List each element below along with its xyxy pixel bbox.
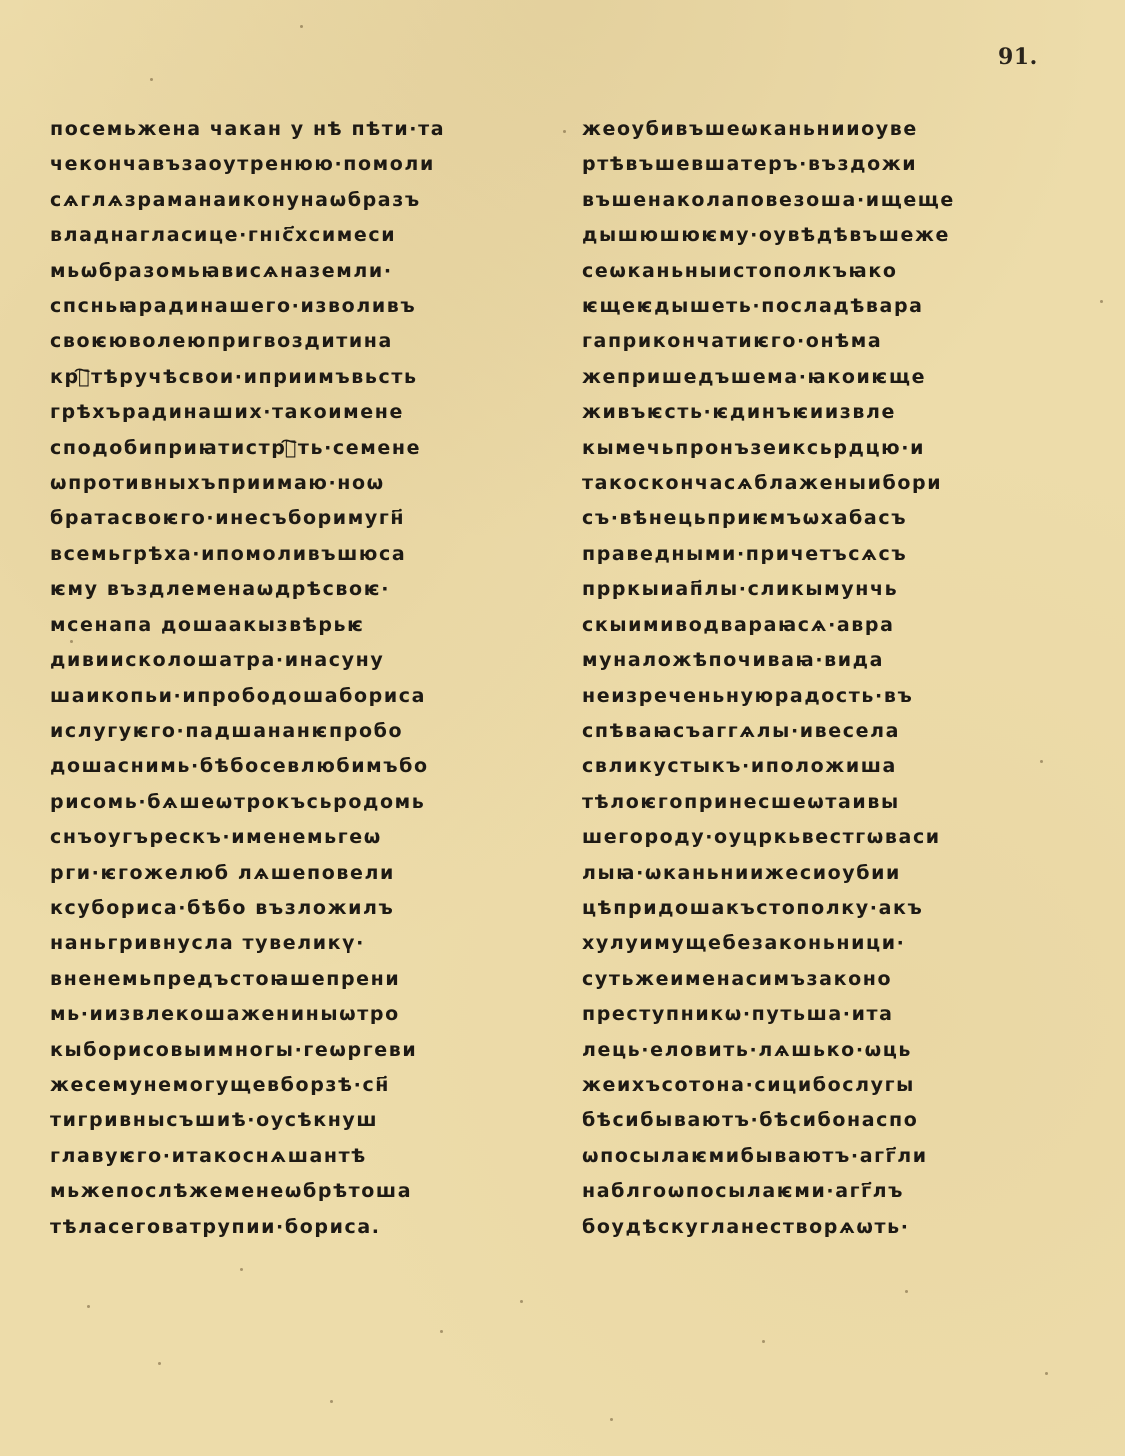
manuscript-line: наньгривнусла тувеликү· <box>50 926 540 961</box>
manuscript-line: снъоугърескъ·именемьгеѡ <box>50 820 540 855</box>
manuscript-line: живъѥсть·ѥдинъѥиизвле <box>582 395 1052 430</box>
manuscript-line: такоскончасѧблаженыибори <box>582 466 1052 501</box>
manuscript-line: ѥщеѥдышеть·посладѣвара <box>582 289 1052 324</box>
manuscript-line: въшенаколаповезоша·ищеще <box>582 183 1052 218</box>
manuscript-line: мсенапа дошаакызвѣрьѥ <box>50 608 540 643</box>
manuscript-line: хулуимущебезаконьници· <box>582 926 1052 961</box>
manuscript-line: шегороду·оуцркьвестгѡваси <box>582 820 1052 855</box>
manuscript-line: дивиисколошатра·инасуну <box>50 643 540 678</box>
paper-speck <box>1040 760 1043 763</box>
left-text-column: посемьжена чакан у нѣ пѣти·тачекончавъза… <box>50 112 540 1245</box>
manuscript-line: сподобиприꙗтистрⷭ҇ть·семене <box>50 431 540 466</box>
manuscript-line: прркыиап҃лы·сликымунчь <box>582 572 1052 607</box>
paper-speck <box>87 1305 90 1308</box>
manuscript-line: жеихъсотона·сицибослугы <box>582 1068 1052 1103</box>
manuscript-line: шаикопьи·ипрободошабориса <box>50 679 540 714</box>
manuscript-line: жепришедъшема·ꙗкоиѥще <box>582 360 1052 395</box>
manuscript-line: тѣлоѥгопринесшеѡтаивы <box>582 785 1052 820</box>
page-number: 91. <box>998 44 1038 70</box>
manuscript-line: вненемьпредъстоꙗшепрени <box>50 962 540 997</box>
manuscript-line: кымечьпронъзеиксьрдцю·и <box>582 431 1052 466</box>
manuscript-line: ѡпротивныхъприимаю·ноѡ <box>50 466 540 501</box>
manuscript-line: своѥюволеюпригвоздитина <box>50 324 540 359</box>
manuscript-line: сутьжеименасимъзаконо <box>582 962 1052 997</box>
paper-speck <box>440 1330 443 1333</box>
manuscript-line: жеоубивъшеѡканьнииоуве <box>582 112 1052 147</box>
paper-speck <box>762 1340 765 1343</box>
manuscript-line: кыборисовыимногы·геѡргеви <box>50 1033 540 1068</box>
manuscript-line: ислугуѥго·падшананѥпробо <box>50 714 540 749</box>
manuscript-line: мь·иизвлекошажениныѡтро <box>50 997 540 1032</box>
manuscript-line: цѣпридошакъстополку·акъ <box>582 891 1052 926</box>
paper-speck <box>300 25 303 28</box>
manuscript-line: наблгоѡпосылаѥми·агг҃лъ <box>582 1174 1052 1209</box>
manuscript-line: чекончавъзаоутренюю·помоли <box>50 147 540 182</box>
manuscript-line: неизреченьнуюрадость·въ <box>582 679 1052 714</box>
manuscript-line: праведными·причетъсѧсъ <box>582 537 1052 572</box>
manuscript-line: посемьжена чакан у нѣ пѣти·та <box>50 112 540 147</box>
manuscript-line: муналожѣпочиваꙗ·вида <box>582 643 1052 678</box>
manuscript-line: съ·вѣнецьприѥмъѡхабасъ <box>582 501 1052 536</box>
manuscript-line: ѥму въздлеменаѡдрѣсвоѥ· <box>50 572 540 607</box>
manuscript-line: ѡпосылаѥмибываютъ·агг҃ли <box>582 1139 1052 1174</box>
manuscript-line: грѣхърадинаших·такоимене <box>50 395 540 430</box>
paper-speck <box>520 1300 523 1303</box>
manuscript-line: тѣласеговатрупии·бориса. <box>50 1210 540 1245</box>
paper-speck <box>563 130 566 133</box>
manuscript-line: рги·ѥгожелюб лѧшеповели <box>50 856 540 891</box>
manuscript-line: сеѡканьныистополкъꙗко <box>582 254 1052 289</box>
paper-speck <box>1045 1372 1048 1375</box>
manuscript-line: свликустыкъ·иположиша <box>582 749 1052 784</box>
manuscript-line: жесемунемогущевборзѣ·сн҃ <box>50 1068 540 1103</box>
manuscript-line: ксубориса·бѣбо възложилъ <box>50 891 540 926</box>
manuscript-line: мьѡбразомьꙗвисѧназемли· <box>50 254 540 289</box>
manuscript-line: спѣваꙗсъаггѧлы·ивесела <box>582 714 1052 749</box>
manuscript-line: мьжепослѣжеменеѡбрѣтоша <box>50 1174 540 1209</box>
manuscript-line: бѣсибываютъ·бѣсибонаспо <box>582 1103 1052 1138</box>
manuscript-line: спсньꙗрадинашего·изволивъ <box>50 289 540 324</box>
manuscript-line: скыимиводвараꙗсѧ·авра <box>582 608 1052 643</box>
right-text-column: жеоубивъшеѡканьнииоувертѣвъшевшатеръ·въз… <box>582 112 1052 1245</box>
paper-speck <box>70 640 73 643</box>
manuscript-line: сѧглѧзраманаиконунаѡбразъ <box>50 183 540 218</box>
paper-speck <box>150 78 153 81</box>
manuscript-line: тигривнысъшиѣ·оусѣкнуш <box>50 1103 540 1138</box>
manuscript-line: главуѥго·итакоснѧшантѣ <box>50 1139 540 1174</box>
manuscript-line: гаприкончатиѥго·онѣма <box>582 324 1052 359</box>
paper-speck <box>240 1268 243 1271</box>
paper-speck <box>158 1362 161 1365</box>
manuscript-line: дышюшюѥму·оувѣдѣвъшеже <box>582 218 1052 253</box>
manuscript-line: ртѣвъшевшатеръ·въздожи <box>582 147 1052 182</box>
manuscript-line: преступникѡ·путьша·ита <box>582 997 1052 1032</box>
manuscript-line: крⷭ҇тѣручѣсвои·иприимъвьсть <box>50 360 540 395</box>
manuscript-line: лець·еловить·лѧшько·ѡць <box>582 1033 1052 1068</box>
manuscript-line: дошаснимь·бѣбосевлюбимъбо <box>50 749 540 784</box>
manuscript-line: рисомь·бѧшеѡтрокъсьродомь <box>50 785 540 820</box>
paper-speck <box>905 1290 908 1293</box>
manuscript-line: владнагласице·гнıс҃хсимеси <box>50 218 540 253</box>
manuscript-line: лыꙗ·ѡканьниижесиоубии <box>582 856 1052 891</box>
paper-speck <box>330 1400 333 1403</box>
manuscript-line: боудѣскугланестворѧѡть· <box>582 1210 1052 1245</box>
paper-speck <box>610 1418 613 1421</box>
manuscript-line: братасвоѥго·инесъборимугн҃ <box>50 501 540 536</box>
paper-speck <box>1100 300 1103 303</box>
manuscript-line: всемьгрѣха·ипомоливъшюса <box>50 537 540 572</box>
